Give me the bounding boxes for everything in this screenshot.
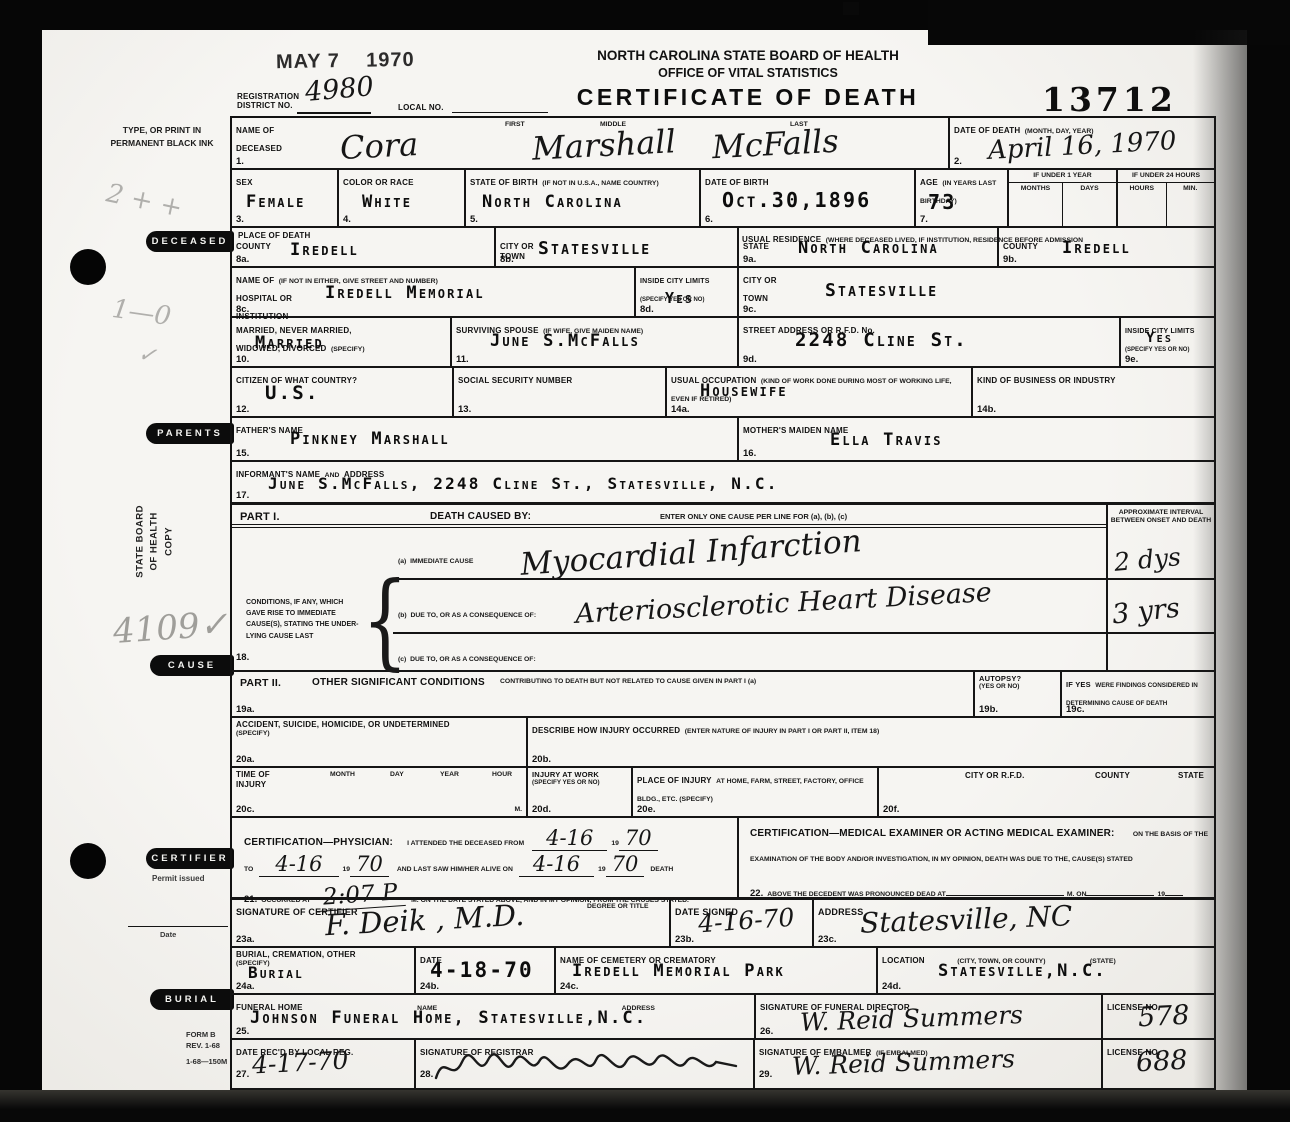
field-death-county: COUNTY 8a. [232, 228, 496, 268]
medical-examiner-line2: EXAMINATION OF THE BODY AND/OR INVESTIGA… [750, 856, 1210, 864]
name-first-value: Cora [339, 125, 419, 167]
cause-b-line [393, 632, 1216, 634]
part1-header-rule [232, 524, 1108, 528]
local-no-blank [452, 112, 548, 113]
tab-parents: PARENTS [146, 423, 234, 444]
injury-day-label: DAY [390, 771, 404, 779]
state-of-birth-value: North Carolina [482, 192, 623, 212]
burial-location-value: Statesville,N.C. [938, 961, 1107, 981]
director-license-value: 578 [1137, 1000, 1190, 1034]
attended-to-date: 4-16 [259, 852, 338, 877]
form-number: FORM B REV. 1-68 1-68—150M [186, 1030, 227, 1068]
medical-examiner-label: CERTIFICATION—MEDICAL EXAMINER OR ACTING… [750, 828, 1115, 840]
street-address-value: 2248 Cline St. [795, 329, 968, 351]
days-label: DAYS [1063, 183, 1116, 227]
burial-date-value: 4-18-70 [430, 958, 534, 982]
inside-city-limits-9e-value: Yes [1146, 330, 1173, 346]
other-conditions-sub: CONTRIBUTING TO DEATH BUT NOT RELATED TO… [500, 678, 840, 686]
inside-city-limits-8d-value: Yes [665, 289, 694, 307]
name-last-value: McFalls [711, 122, 840, 167]
cause-a-line [393, 578, 1216, 580]
field-residence-city: CITY OR TOWN 9c. [739, 268, 1216, 318]
informant-value: June S.McFalls, 2248 Cline St., Statesvi… [268, 474, 779, 493]
months-label: MONTHS [1009, 183, 1063, 227]
form-header: NORTH CAROLINA STATE BOARD OF HEALTH OFF… [528, 48, 968, 111]
field-accident-suicide: ACCIDENT, SUICIDE, HOMICIDE, OR UNDETERM… [232, 718, 528, 768]
marital-status-value: Married [255, 333, 324, 353]
attended-to-year: 70 [350, 852, 389, 877]
registration-underline [297, 112, 371, 114]
field-autopsy: AUTOPSY? (YES OR NO) 19b. [975, 672, 1062, 718]
mother-name-value: Ella Travis [830, 430, 943, 450]
part2-label: PART II. [240, 677, 281, 690]
physician-cert-label: CERTIFICATION—PHYSICIAN: [244, 837, 393, 849]
pronounced-date-blank [1086, 884, 1154, 896]
other-conditions-label: OTHER SIGNIFICANT CONDITIONS [312, 677, 485, 689]
cause-a-label: (a) IMMEDIATE CAUSE [398, 558, 473, 566]
interval-a-value: 2 dys [1113, 542, 1182, 577]
one-cause-note: ENTER ONLY ONE CAUSE PER LINE FOR (a), (… [660, 513, 847, 522]
injury-hour-label: HOUR [492, 771, 512, 779]
hospital-value: Iredell Memorial [325, 283, 485, 303]
field-place-of-injury: PLACE OF INJURY AT HOME, FARM, STREET, F… [633, 768, 879, 818]
cemetery-value: Iredell Memorial Park [572, 961, 785, 981]
injury-county-label: COUNTY [1095, 771, 1130, 781]
conditions-note: CONDITIONS, IF ANY, WHICH GAVE RISE TO I… [246, 597, 362, 642]
occupation-value: Housewife [700, 381, 788, 401]
cause-b-label: (b) DUE TO, OR AS A CONSEQUENCE OF: [398, 612, 536, 620]
age-value: 73 [928, 190, 956, 214]
hole-punch-top [70, 249, 106, 285]
scan-edge-shadow [1193, 30, 1247, 1095]
last-seen-date: 4-16 [519, 852, 594, 877]
date-received-value: 4-17-70 [251, 1045, 349, 1079]
org-line-2: OFFICE OF VITAL STATISTICS [528, 66, 968, 80]
tab-burial: BURIAL [150, 989, 234, 1010]
scan-mark [843, 2, 859, 15]
ink-instruction: TYPE, OR PRINT IN PERMANENT BLACK INK [106, 124, 218, 150]
injury-city-label: CITY OR R.F.D. [965, 771, 1025, 781]
residence-state-value: North Carolina [798, 238, 939, 258]
funeral-home-value: Johnson Funeral Home, Statesville,N.C. [250, 1008, 647, 1028]
pencil-mark-4: 4109✓ [112, 604, 230, 652]
residence-city-value: Statesville [825, 280, 938, 301]
page-title: CERTIFICATE OF DEATH [528, 84, 968, 111]
registration-label-2: DISTRICT NO. [237, 101, 293, 111]
date-of-birth-value: Oct.30,1896 [722, 188, 871, 212]
certificate-number: 13712 [1042, 80, 1177, 119]
local-no-label: LOCAL NO. [398, 103, 444, 113]
attended-from-date: 4-16 [532, 826, 607, 851]
tab-cause: CAUSE [150, 655, 234, 676]
received-date-stamp: MAY 7 1970 [276, 49, 415, 74]
registrar-signature-scrawl [432, 1046, 742, 1086]
injury-year-label: YEAR [440, 771, 459, 779]
field-industry: KIND OF BUSINESS OR INDUSTRY 14b. [973, 368, 1216, 418]
death-county-value: Iredell [290, 240, 359, 260]
field-mother-name: MOTHER'S MAIDEN NAME 16. [739, 418, 1216, 462]
org-line-1: NORTH CAROLINA STATE BOARD OF HEALTH [528, 48, 968, 63]
death-city-value: Statesville [538, 238, 651, 259]
attended-from-year: 70 [619, 826, 658, 851]
hole-punch-bottom [70, 843, 106, 879]
pronounced-year-blank [1165, 884, 1183, 896]
item-18-number: 18. [236, 652, 249, 663]
sex-value: Female [246, 192, 306, 212]
part1-label: PART I. [240, 511, 280, 524]
citizen-value: U.S. [265, 382, 320, 404]
field-time-of-injury: TIME OF INJURY 20c. M. [232, 768, 528, 818]
tab-certifier: CERTIFIER [146, 848, 234, 869]
race-value: White [362, 192, 412, 212]
hours-label: HOURS [1118, 183, 1167, 227]
copy-designation: STATE BOARD OF HEALTH COPY [134, 486, 177, 596]
residence-county-value: Iredell [1062, 238, 1131, 258]
field-injury-at-work: INJURY AT WORK (SPECIFY YES OR NO) 20d. [528, 768, 633, 818]
father-name-value: Pinkney Marshall [290, 429, 450, 449]
scanned-death-certificate: MAY 7 1970 REGISTRATION DISTRICT NO. 498… [0, 0, 1290, 1122]
tab-deceased: DECEASED [146, 231, 234, 252]
field-if-under-1-year: IF UNDER 1 YEAR MONTHS DAYS [1009, 170, 1118, 228]
embalmer-license-value: 688 [1135, 1045, 1188, 1079]
first-label: FIRST [505, 121, 525, 129]
field-injury-location: 20f. [879, 768, 1216, 818]
cause-c-label: (c) DUE TO, OR AS A CONSEQUENCE OF: [398, 656, 536, 664]
permit-date-line [128, 926, 228, 927]
injury-month-label: MONTH [330, 771, 355, 779]
field-how-injury-occurred: DESCRIBE HOW INJURY OCCURRED (ENTER NATU… [528, 718, 1216, 768]
name-middle-value: Marshall [531, 122, 677, 167]
field-ssn: SOCIAL SECURITY NUMBER 13. [454, 368, 667, 418]
death-caused-by-label: DEATH CAUSED BY: [430, 511, 531, 523]
scan-bottom-edge [0, 1090, 1290, 1122]
last-seen-year: 70 [606, 852, 645, 877]
permit-date-label: Date [160, 930, 176, 939]
surviving-spouse-value: June S.McFalls [490, 331, 640, 351]
permit-issued-label: Permit issued [152, 874, 204, 883]
pronounced-time-blank [946, 884, 1064, 896]
burial-value: Burial [248, 963, 304, 982]
registration-district-number: 4980 [304, 71, 375, 108]
